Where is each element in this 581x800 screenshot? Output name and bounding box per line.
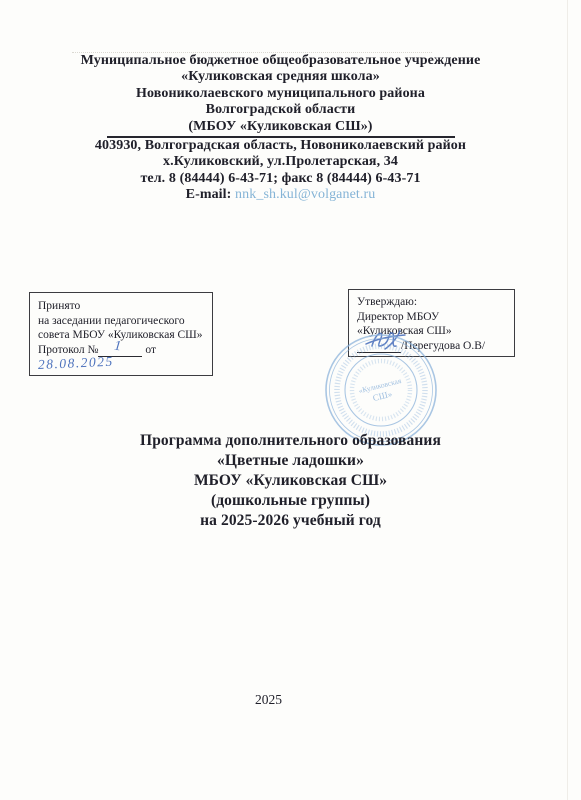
program-title-line-2: «Цветные ладошки»	[0, 451, 581, 471]
program-title-line-4: (дошкольные группы)	[0, 491, 581, 511]
organization-header: Муниципальное бюджетное общеобразователь…	[0, 53, 581, 204]
org-name-line-1: Муниципальное бюджетное общеобразователь…	[0, 53, 561, 69]
address-line-2: х.Куликовский, ул.Пролетарская, 34	[0, 154, 561, 170]
email-address-link: nnk_sh.kul@volganet.ru	[235, 187, 375, 202]
program-title-line-3: МБОУ «Куликовская СШ»	[0, 471, 581, 491]
approved-line-2: Директор МБОУ	[357, 310, 506, 325]
accepted-approval-box: Принято на заседании педагогического сов…	[29, 292, 213, 376]
footer-year: 2025	[0, 692, 537, 708]
org-name-line-2: «Куликовская средняя школа»	[0, 69, 561, 85]
scanned-document-page: Муниципальное бюджетное общеобразователь…	[0, 0, 581, 800]
program-title-line-1: Программа дополнительного образования	[0, 431, 581, 451]
email-label: E-mail:	[186, 187, 232, 202]
accepted-line-1: Принято	[38, 299, 204, 314]
org-abbreviation-underlined: (МБОУ «Куликовская СШ»)	[107, 119, 455, 138]
approved-line-1: Утверждаю:	[357, 295, 506, 310]
org-name-line-4: Волгоградской области	[0, 102, 561, 118]
phone-fax-line: тел. 8 (84444) 6-43-71; факс 8 (84444) 6…	[0, 171, 561, 187]
program-title-line-5: на 2025-2026 учебный год	[0, 511, 581, 531]
handwritten-protocol-number: 1	[114, 340, 122, 355]
accepted-line-2: на заседании педагогического	[38, 314, 204, 329]
org-name-line-3: Новониколаевского муниципального района	[0, 86, 561, 102]
program-title-block: Программа дополнительного образования «Ц…	[0, 431, 581, 531]
address-line-1: 403930, Волгоградская область, Новоникол…	[0, 138, 561, 154]
email-line: E-mail: nnk_sh.kul@volganet.ru	[0, 187, 561, 203]
